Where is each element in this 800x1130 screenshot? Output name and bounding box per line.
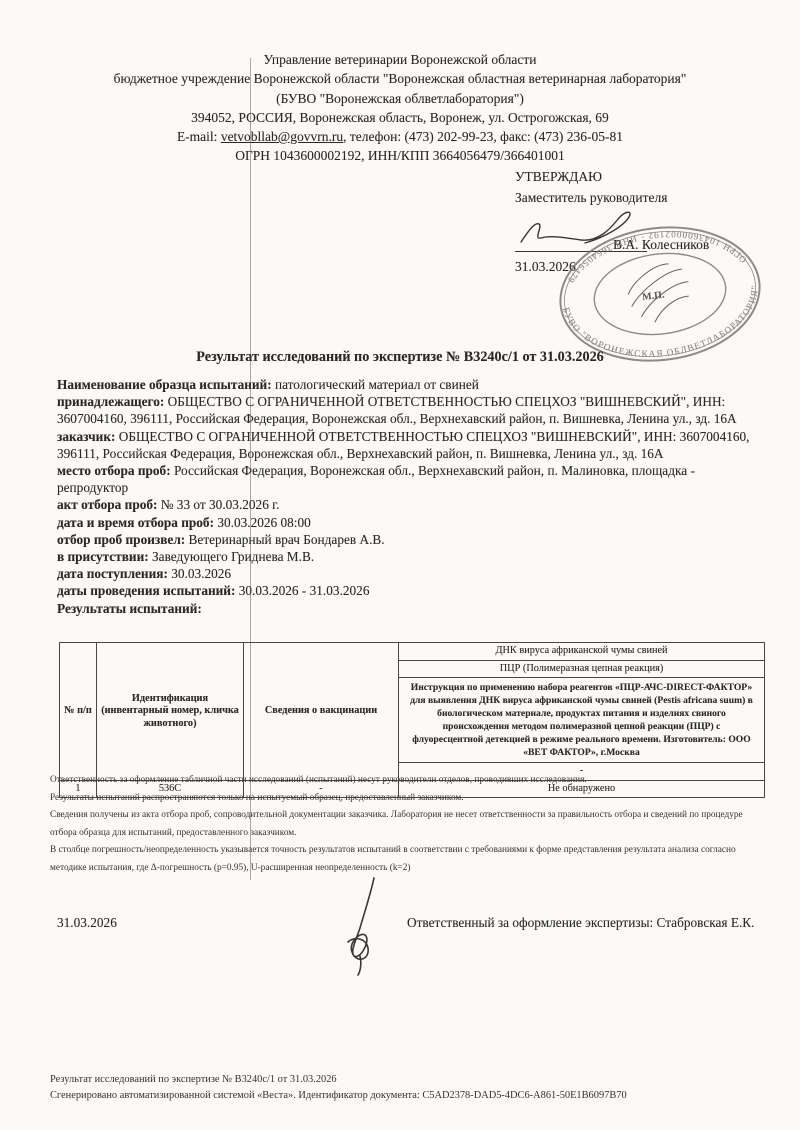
phone-fax-text: , телефон: (473) 202-99-23, факс: (473) … — [343, 129, 623, 144]
org-fullname-line: бюджетное учреждение Воронежской области… — [40, 69, 760, 88]
sample-details: Наименование образца испытаний: патологи… — [57, 376, 765, 617]
page-footer: Результат исследований по экспертизе № В… — [50, 1072, 766, 1103]
email-link[interactable]: vetvobllab@govvrn.ru — [221, 129, 343, 144]
detail-row: принадлежащего: ОБЩЕСТВО С ОГРАНИЧЕННОЙ … — [57, 393, 765, 427]
detail-row: даты проведения испытаний: 30.03.2026 - … — [57, 582, 765, 599]
note-line: Ответственность за оформление табличной … — [50, 772, 766, 790]
scanned-document-page: Управление ветеринарии Воронежской облас… — [0, 0, 800, 1130]
detail-row: дата и время отбора проб: 30.03.2026 08:… — [57, 514, 765, 531]
scan-fold-line — [250, 58, 251, 880]
signoff-row: 31.03.2026 Ответственный за оформление э… — [57, 915, 765, 931]
test-kind-cell: ПЦР (Полимеразная цепная реакция) — [399, 660, 765, 678]
footnotes: Ответственность за оформление табличной … — [50, 772, 766, 878]
table-header-row: № п/п Идентификация (инвентарный номер, … — [60, 643, 765, 661]
org-contacts-line: E-mail: vetvobllab@govvrn.ru, телефон: (… — [40, 127, 760, 146]
col-header-vaccination: Сведения о вакцинации — [244, 643, 399, 781]
footer-document-id: Сгенерировано автоматизированной системо… — [50, 1088, 766, 1104]
org-ogrn-line: ОГРН 1043600002192, ИНН/КПП 3664056479/3… — [40, 146, 760, 165]
mp-place-of-seal-label: М.П. — [642, 289, 666, 303]
detail-row: заказчик: ОБЩЕСТВО С ОГРАНИЧЕННОЙ ОТВЕТС… — [57, 428, 765, 462]
detail-row: дата поступления: 30.03.2026 — [57, 565, 765, 582]
footer-expertise-ref: Результат исследований по экспертизе № В… — [50, 1072, 766, 1088]
note-line: Сведения получены из акта отбора проб, с… — [50, 807, 766, 842]
signoff-date: 31.03.2026 — [57, 915, 117, 930]
col-header-identification: Идентификация (инвентарный номер, кличка… — [97, 643, 244, 781]
email-label: E-mail: — [177, 129, 218, 144]
note-line: В столбце погрешность/неопределенность у… — [50, 842, 766, 877]
note-line: Результаты испытаний распространяются то… — [50, 790, 766, 808]
page-title: Результат исследований по экспертизе № В… — [0, 349, 800, 366]
org-address-line: 394052, РОССИЯ, Воронежская область, Вор… — [40, 108, 760, 127]
approve-label: УТВЕРЖДАЮ — [515, 166, 755, 187]
detail-row: в присутствии: Заведующего Гриднева М.В. — [57, 548, 765, 565]
test-name-cell: ДНК вируса африканской чумы свиней — [399, 643, 765, 661]
detail-row: отбор проб произвел: Ветеринарный врач Б… — [57, 531, 765, 548]
detail-row: Результаты испытаний: — [57, 600, 765, 617]
org-header: Управление ветеринарии Воронежской облас… — [40, 50, 760, 166]
responsible-person: Ответственный за оформление экспертизы: … — [407, 915, 755, 931]
approver-position: Заместитель руководителя — [515, 187, 755, 208]
detail-row: Наименование образца испытаний: патологи… — [57, 376, 765, 393]
test-method-cell: Инструкция по применению набора реагенто… — [399, 678, 765, 763]
col-header-num: № п/п — [60, 643, 97, 781]
org-name-line: Управление ветеринарии Воронежской облас… — [40, 50, 760, 69]
detail-row: акт отбора проб: № 33 от 30.03.2026 г. — [57, 496, 765, 513]
detail-row: место отбора проб: Российская Федерация,… — [57, 462, 765, 496]
org-shortname-line: (БУВО "Воронежская облветлаборатория") — [40, 89, 760, 108]
